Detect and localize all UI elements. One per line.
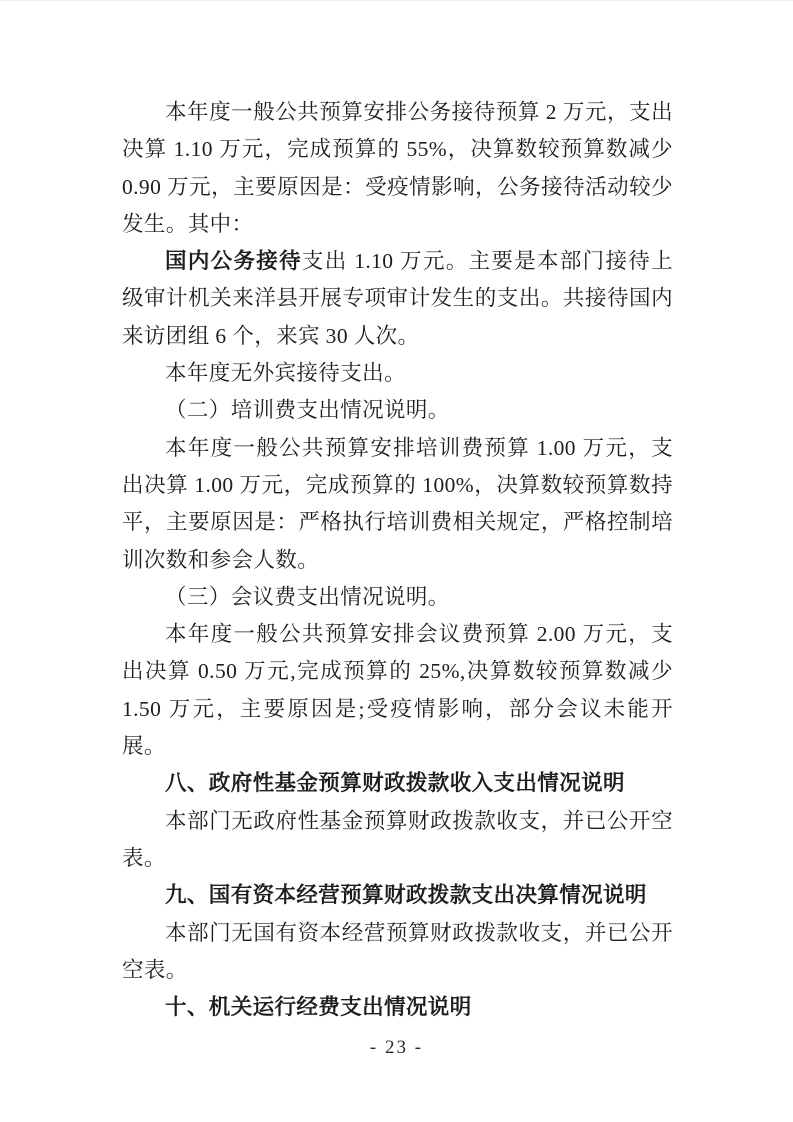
para-no-foreign-guests: 本年度无外宾接待支出。	[122, 355, 673, 392]
subheading-training-fee: （二）培训费支出情况说明。	[122, 392, 673, 429]
heading-section-8-government-funds: 八、政府性基金预算财政拨款收入支出情况说明	[122, 765, 673, 802]
heading-section-10-operating-expenses: 十、机关运行经费支出情况说明	[122, 989, 673, 1026]
para-official-reception-summary: 本年度一般公共预算安排公务接待预算 2 万元，支出决算 1.10 万元，完成预算…	[122, 94, 673, 243]
subheading-meeting-fee: （三）会议费支出情况说明。	[122, 579, 673, 616]
para-section-8-body: 本部门无政府性基金预算财政拨款收支，并已公开空表。	[122, 803, 673, 878]
document-body: 本年度一般公共预算安排公务接待预算 2 万元，支出决算 1.10 万元，完成预算…	[122, 94, 673, 1026]
page-number: - 23 -	[0, 1037, 793, 1059]
para-meeting-fee-detail: 本年度一般公共预算安排会议费预算 2.00 万元，支出决算 0.50 万元,完成…	[122, 616, 673, 765]
domestic-reception-bold-label: 国内公务接待	[165, 249, 302, 273]
document-page: 本年度一般公共预算安排公务接待预算 2 万元，支出决算 1.10 万元，完成预算…	[0, 0, 793, 1122]
para-section-9-body: 本部门无国有资本经营预算财政拨款收支，并已公开空表。	[122, 915, 673, 990]
para-domestic-reception: 国内公务接待支出 1.10 万元。主要是本部门接待上级审计机关来洋县开展专项审计…	[122, 243, 673, 355]
heading-section-9-state-capital: 九、国有资本经营预算财政拨款支出决算情况说明	[122, 877, 673, 914]
para-training-fee-detail: 本年度一般公共预算安排培训费预算 1.00 万元，支出决算 1.00 万元，完成…	[122, 430, 673, 579]
